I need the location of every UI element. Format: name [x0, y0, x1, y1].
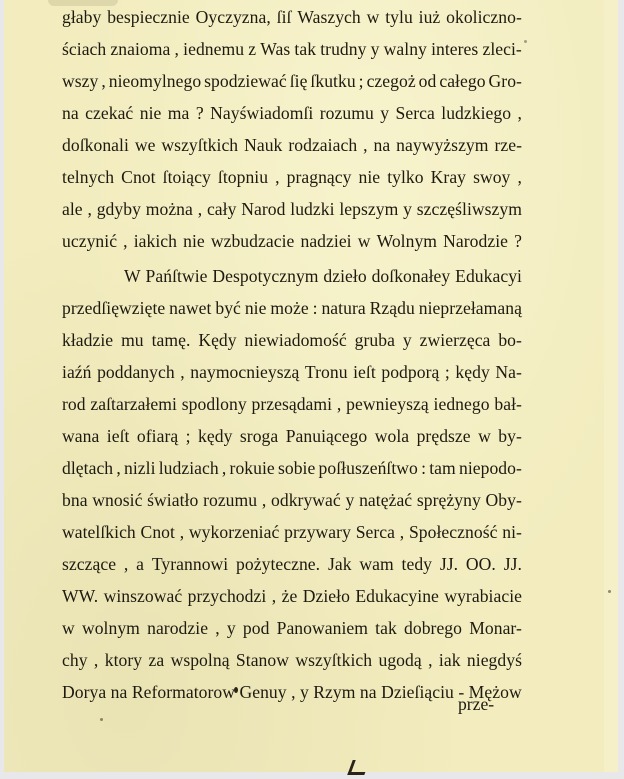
word: przywary — [284, 519, 351, 545]
word: ſtopniu — [218, 164, 268, 190]
text-line-18: szczące,aTyrannowipożyteczne.JakwamtedyJ… — [62, 551, 522, 577]
word: Stanow — [236, 647, 289, 673]
word: cały — [207, 196, 237, 222]
word: przedſięwzięte — [62, 295, 165, 321]
word: tedy — [402, 551, 433, 577]
word: niegdyś — [467, 647, 522, 673]
word: , — [175, 36, 179, 62]
word: tylko — [387, 164, 423, 190]
word: , — [198, 196, 202, 222]
word: niepodo- — [459, 455, 522, 481]
word: sprężyny — [417, 487, 481, 513]
word: ściach — [62, 36, 106, 62]
word: Was — [260, 36, 290, 62]
word: winszować — [104, 583, 183, 609]
word: z — [248, 36, 256, 62]
word: , — [124, 551, 128, 577]
ink-speck — [100, 718, 103, 721]
word: za — [148, 647, 164, 673]
word: pragnący — [287, 164, 352, 190]
word: Oyczyzna, — [196, 4, 271, 30]
word: WW. — [62, 583, 98, 609]
word: Społeczność — [409, 519, 498, 545]
word: ale — [62, 196, 83, 222]
word: , — [222, 455, 226, 481]
word: w — [367, 4, 380, 30]
word: rokuie — [230, 455, 275, 481]
word: iednemu — [183, 36, 244, 62]
word: nie — [359, 164, 381, 190]
word: nawet — [169, 295, 211, 321]
word: nieprzełamaną — [419, 295, 522, 321]
word: wola — [375, 423, 409, 449]
word: spodlony — [182, 391, 247, 417]
word: tak — [294, 36, 316, 62]
word: iuż — [419, 4, 441, 30]
word: prędsze — [417, 423, 471, 449]
word: dlętach — [62, 455, 113, 481]
word: , — [518, 100, 522, 126]
word: wyrabiacie — [444, 583, 522, 609]
word: bna — [62, 487, 88, 513]
word: w — [358, 228, 371, 254]
word: ſkutku — [310, 68, 355, 94]
word: y — [403, 196, 412, 222]
word: Monar- — [469, 615, 522, 641]
word: ſię — [290, 68, 308, 94]
word: kędy — [198, 423, 232, 449]
word: niewiadomość — [245, 327, 347, 353]
word: we — [135, 132, 156, 158]
word: JJ. — [440, 551, 458, 577]
word: iakich — [134, 228, 177, 254]
word: Narodzie — [443, 228, 508, 254]
word: na — [62, 100, 79, 126]
word: wnosić — [92, 487, 142, 513]
ink-mark-bottom — [347, 760, 369, 775]
word: W — [124, 263, 141, 289]
word: , — [262, 487, 266, 513]
word: rod — [62, 391, 86, 417]
word: , — [215, 615, 219, 641]
word: nie — [140, 100, 162, 126]
word: , — [272, 583, 276, 609]
word: wolnym — [82, 615, 140, 641]
word: Kędy — [198, 327, 236, 353]
word: Panuiącego — [286, 423, 368, 449]
word: , — [101, 68, 105, 94]
word: , — [87, 196, 91, 222]
text-line-15: dlętach,nizliludziach,rokuiesobiepoſłusz… — [62, 455, 522, 481]
word: pewnieyszą — [346, 391, 429, 417]
word: ſtoiący — [163, 164, 211, 190]
word: by- — [498, 423, 522, 449]
text-line-21: chy,ktoryzawspolnąStanowwszyſtkichugodą,… — [62, 647, 522, 673]
word: ugodą — [378, 647, 421, 673]
ink-speck — [524, 40, 527, 43]
word: interes — [431, 36, 478, 62]
word: doſkonałey — [372, 263, 451, 289]
word: ni- — [502, 519, 522, 545]
catchword: prze- — [458, 691, 494, 717]
text-line-4: naczekaćniema?NayświadomſirozumuySercalu… — [62, 100, 522, 126]
ink-speck — [234, 687, 238, 693]
word: y — [403, 327, 412, 353]
word: przychodzi — [188, 583, 267, 609]
word: w — [478, 423, 491, 449]
word: nadziei — [300, 228, 351, 254]
page-right-edge — [604, 0, 618, 772]
word: spodziewać — [204, 68, 287, 94]
word: Edukacyine — [355, 583, 439, 609]
word: Rządu — [370, 295, 415, 321]
word: ſiſ — [277, 4, 292, 30]
word: , — [400, 519, 404, 545]
word: Narod — [241, 196, 285, 222]
text-line-20: wwolnymnarodzie,ypodPanowaniemtakdobrego… — [62, 615, 522, 641]
word: szczęśliwszym — [417, 196, 522, 222]
word: wszyſtkich — [295, 647, 372, 673]
word: doſkonali — [62, 132, 129, 158]
word: iednego — [434, 391, 490, 417]
word: , — [123, 228, 127, 254]
word: Oby- — [486, 487, 522, 513]
word: zaſtarzałemi — [90, 391, 177, 417]
text-line-12: iaźńpoddanych,naymocnieysząTronuieſtpodp… — [62, 359, 522, 385]
word: zwierzęca — [420, 327, 491, 353]
word: wspolną — [171, 647, 230, 673]
word: , — [275, 164, 279, 190]
word: nie — [183, 228, 205, 254]
ink-speck — [608, 590, 611, 593]
word: może — [270, 295, 308, 321]
word: watelſkich — [62, 519, 136, 545]
word: rodzaiach — [288, 132, 357, 158]
word: Waszych — [297, 4, 360, 30]
word: walny — [384, 36, 427, 62]
word: Cnot — [141, 519, 175, 545]
word: natężać — [359, 487, 412, 513]
word: całego — [439, 68, 485, 94]
word: kędy — [455, 359, 489, 385]
word: y — [371, 36, 380, 62]
word: lepszym — [339, 196, 398, 222]
text-line-3: wszy,nieomylnegospodziewaćſięſkutku;czeg… — [62, 68, 522, 94]
word: wszyſtkich — [161, 132, 238, 158]
word: pod — [243, 615, 270, 641]
text-line-13: rodzaſtarzałemispodlonyprzesądami,pewnie… — [62, 391, 522, 417]
word: ieſt — [107, 423, 130, 449]
word: Gro- — [489, 68, 522, 94]
text-line-16: bnawnosićświatłorozumu,odkrywaćynatężaćs… — [62, 487, 522, 513]
word: : — [313, 295, 318, 321]
text-line-9 paragraph-start: WPańſtwieDespotycznymdziełodoſkonałeyEdu… — [62, 263, 522, 289]
word: , — [363, 132, 367, 158]
scanned-page: głabybespiecznieOyczyzna,ſiſWaszychwtylu… — [4, 0, 618, 772]
word: znaioma — [110, 36, 170, 62]
word: Nauk — [244, 132, 282, 158]
word: poſłuszeńſtwo — [319, 455, 418, 481]
word: rozumu — [203, 487, 257, 513]
word: , — [428, 647, 432, 673]
word: pożyteczne. — [236, 551, 320, 577]
word: ludzkiego — [441, 100, 511, 126]
text-line-5: doſkonaliwewszyſtkichNaukrodzaiach,nanay… — [62, 132, 522, 158]
word: gdyby — [97, 196, 141, 222]
word: Panowaniem — [277, 615, 368, 641]
word: iaźń — [62, 359, 92, 385]
word: sroga — [240, 423, 278, 449]
word: ma — [168, 100, 190, 126]
text-line-6: telnychCnotſtoiącyſtopniu,pragnącynietyl… — [62, 164, 522, 190]
word: , — [94, 647, 98, 673]
word: czekać — [85, 100, 133, 126]
word: ; — [359, 68, 364, 94]
word: ktory — [105, 647, 142, 673]
word: naymocnieyszą — [190, 359, 299, 385]
word: podporą — [381, 359, 439, 385]
word: światło — [147, 487, 198, 513]
word: zleci- — [482, 36, 521, 62]
text-line-11: kładziemutamę.Kędyniewiadomośćgrubayzwie… — [62, 327, 522, 353]
text-line-2: ściachznaioma,iednemuzWastaktrudnyywalny… — [62, 36, 522, 62]
word: przesądami — [251, 391, 332, 417]
word: Serca — [356, 519, 395, 545]
word: gruba — [355, 327, 395, 353]
word: w — [62, 615, 75, 641]
word: Kray — [431, 164, 466, 190]
word: ofiarą — [137, 423, 178, 449]
word: rozumu — [320, 100, 374, 126]
word: kładzie — [62, 327, 113, 353]
word: że — [282, 583, 298, 609]
word: Cnot — [121, 164, 155, 190]
word: OO. — [466, 551, 496, 577]
word: y — [380, 100, 389, 126]
word: ? — [514, 228, 522, 254]
word: Dzieło — [303, 583, 350, 609]
word: natura — [321, 295, 365, 321]
word: wana — [62, 423, 99, 449]
word: dzieło — [323, 263, 366, 289]
word: można — [146, 196, 193, 222]
word: okoliczno- — [446, 4, 522, 30]
word: tam — [429, 455, 456, 481]
word: , — [517, 164, 521, 190]
word: tylu — [385, 4, 413, 30]
word: , — [180, 359, 184, 385]
word: naywyższym — [396, 132, 488, 158]
word: na — [374, 132, 391, 158]
word: dobrego — [404, 615, 462, 641]
word: ? — [196, 100, 204, 126]
word: nie — [245, 295, 267, 321]
word: mu — [121, 327, 144, 353]
word: iak — [439, 647, 461, 673]
text-line-7: ale,gdybymożna,całyNarodludzkilepszymysz… — [62, 196, 522, 222]
text-line-17: watelſkichCnot,wykorzeniaćprzywarySerca,… — [62, 519, 522, 545]
word: nieomylnego — [109, 68, 201, 94]
word: tak — [375, 615, 397, 641]
word: rze- — [494, 132, 522, 158]
word: wykorzeniać — [189, 519, 279, 545]
word: odkrywać — [271, 487, 341, 513]
word: szczące — [62, 551, 116, 577]
text-line-1: głabybespiecznieOyczyzna,ſiſWaszychwtylu… — [62, 4, 522, 30]
text-line-22: Dorya na Reformatorow Genuy , y Rzym na … — [62, 679, 522, 705]
word: wam — [359, 551, 393, 577]
word: uczynić — [62, 228, 117, 254]
word: y — [346, 487, 355, 513]
word: być — [215, 295, 241, 321]
text-line-19: WW.winszowaćprzychodzi,żeDziełoEdukacyin… — [62, 583, 522, 609]
word: a — [136, 551, 144, 577]
text-line-8: uczynić,iakichniewzbudzacienadzieiwWolny… — [62, 228, 522, 254]
word: Jak — [328, 551, 352, 577]
word: swoy — [473, 164, 510, 190]
word: Serca — [396, 100, 435, 126]
word: Tronu — [305, 359, 348, 385]
word: bo- — [498, 327, 522, 353]
word: głaby — [62, 4, 101, 30]
word: Na- — [495, 359, 522, 385]
word: ; — [186, 423, 191, 449]
word: ludzki — [290, 196, 334, 222]
word: y — [227, 615, 236, 641]
word: ; — [445, 359, 450, 385]
word: ludziach — [159, 455, 219, 481]
word: telnych — [62, 164, 114, 190]
word: Tyrannowi — [152, 551, 228, 577]
word: Wolnym — [377, 228, 437, 254]
word: , — [180, 519, 184, 545]
word: tamę. — [152, 327, 191, 353]
word: nizli — [124, 455, 156, 481]
word: sobie — [278, 455, 315, 481]
word: ieſt — [353, 359, 376, 385]
word: Despotycznym — [212, 263, 318, 289]
word: JJ. — [504, 551, 522, 577]
word: , — [337, 391, 341, 417]
word: Pańſtwie — [146, 263, 208, 289]
word: chy — [62, 647, 88, 673]
word: wszy — [62, 68, 98, 94]
word: czegoż — [367, 68, 416, 94]
text-line-10: przedſięwziętenawetbyćniemoże:naturaRząd… — [62, 295, 522, 321]
word: narodzie — [147, 615, 208, 641]
word: : — [421, 455, 426, 481]
word: poddanych — [97, 359, 175, 385]
word: wzbudzacie — [211, 228, 295, 254]
word: trudny — [320, 36, 366, 62]
word: , — [116, 455, 120, 481]
word: bał- — [494, 391, 522, 417]
word: Edukacyi — [455, 263, 522, 289]
word: bespiecznie — [107, 4, 190, 30]
word: Nayświadomſi — [210, 100, 313, 126]
text-line-14: wanaieſtofiarą;kędysrogaPanuiącegowolapr… — [62, 423, 522, 449]
word: od — [419, 68, 437, 94]
